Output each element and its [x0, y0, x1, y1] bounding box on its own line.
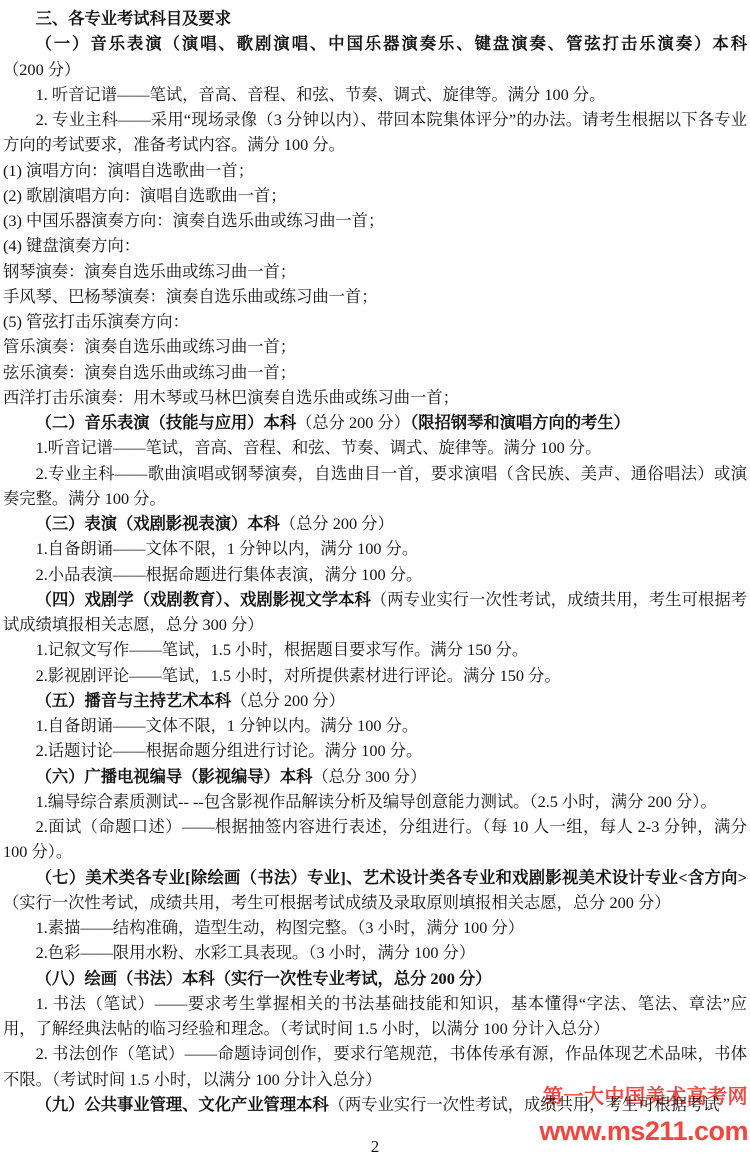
- paragraph: 1. 听音记谱——笔试，音高、音程、和弦、节奏、调式、旋律等。满分 100 分。: [3, 82, 747, 107]
- body-text: 弦乐演奏：演奏自选乐曲或练习曲一首；: [3, 363, 296, 382]
- paragraph: 西洋打击乐演奏：用木琴或马林巴演奏自选乐曲或练习曲一首；: [3, 385, 747, 410]
- document-body: 三、各专业考试科目及要求（一）音乐表演（演唱、歌剧演唱、中国乐器演奏乐、键盘演奏…: [3, 6, 747, 1117]
- body-text: 2.面试（命题口述）——根据抽签内容进行表述，分组进行。（每 10 人一组，每人…: [3, 817, 747, 861]
- paragraph: (3) 中国乐器演奏方向：演奏自选乐曲或练习曲一首；: [3, 208, 747, 233]
- paragraph: （七）美术类各专业[除绘画（书法）专业]、艺术设计类各专业和戏剧影视美术设计专业…: [3, 865, 747, 916]
- paragraph: 1.素描——结构准确，造型生动，构图完整。（3 小时，满分 100 分）: [3, 915, 747, 940]
- body-text: (4) 键盘演奏方向：: [3, 236, 140, 255]
- body-text: （总分 200 分）: [296, 413, 410, 432]
- paragraph: 1.记叙文写作——笔试，1.5 小时，根据题目要求写作。满分 150 分。: [3, 637, 747, 662]
- paragraph: 2.话题讨论——根据命题分组进行讨论。满分 100 分。: [3, 738, 747, 763]
- body-text: （实行一次性考试，成绩共用，考生可根据考试成绩及录取原则填报相关志愿，总分 20…: [3, 893, 671, 912]
- paragraph: 2.小品表演——根据命题进行集体表演，满分 100 分。: [3, 562, 747, 587]
- bold-text: （二）音乐表演（技能与应用）本科: [36, 413, 297, 432]
- body-text: 钢琴演奏：演奏自选乐曲或练习曲一首；: [3, 262, 296, 281]
- body-text: （总分 200 分）: [231, 691, 345, 710]
- body-text: 2.色彩——限用水粉、水彩工具表现。（3 小时，满分 100 分）: [36, 943, 476, 962]
- bold-text: （一）音乐表演（演唱、歌剧演唱、中国乐器演奏乐、键盘演奏、管弦打击乐演奏）本科: [36, 34, 747, 53]
- paragraph: （四）戏剧学（戏剧教育）、戏剧影视文学本科（两专业实行一次性考试，成绩共用，考生…: [3, 587, 747, 638]
- paragraph: （二）音乐表演（技能与应用）本科（总分 200 分）（限招钢琴和演唱方向的考生）: [3, 410, 747, 435]
- paragraph: (4) 键盘演奏方向：: [3, 233, 747, 258]
- paragraph: 2.影视剧评论——笔试，1.5 小时，对所提供素材进行评论。满分 150 分。: [3, 663, 747, 688]
- body-text: 1.自备朗诵——文体不限，1 分钟以内，满分 100 分。: [36, 539, 419, 558]
- bold-text: （四）戏剧学（戏剧教育）、戏剧影视文学本科: [36, 590, 371, 609]
- body-text: 西洋打击乐演奏：用木琴或马林巴演奏自选乐曲或练习曲一首；: [3, 388, 459, 407]
- paragraph: 1. 书法（笔试）——要求考生掌握相关的书法基础技能和知识，基本懂得“字法、笔法…: [3, 991, 747, 1042]
- paragraph: 弦乐演奏：演奏自选乐曲或练习曲一首；: [3, 360, 747, 385]
- bold-text: （八）绘画（书法）本科（实行一次性专业考试，总分 200 分）: [36, 969, 492, 988]
- paragraph: 三、各专业考试科目及要求: [3, 6, 747, 31]
- watermark-site-name: 第一大中国美术高考网: [539, 1087, 748, 1107]
- paragraph: 2. 书法创作（笔试）——命题诗词创作，要求行笔规范，书体传承有源，作品体现艺术…: [3, 1041, 747, 1092]
- paragraph: 1.听音记谱——笔试，音高、音程、和弦、节奏、调式、旋律等。满分 100 分。: [3, 435, 747, 460]
- paragraph: 手风琴、巴杨琴演奏：演奏自选乐曲或练习曲一首；: [3, 284, 747, 309]
- body-text: 1.记叙文写作——笔试，1.5 小时，根据题目要求写作。满分 150 分。: [36, 640, 529, 659]
- body-text: 1.听音记谱——笔试，音高、音程、和弦、节奏、调式、旋律等。满分 100 分。: [36, 438, 602, 457]
- paragraph: （五）播音与主持艺术本科（总分 200 分）: [3, 688, 747, 713]
- paragraph: 管乐演奏：演奏自选乐曲或练习曲一首；: [3, 334, 747, 359]
- body-text: （总分 300 分）: [312, 767, 426, 786]
- paragraph: 2.面试（命题口述）——根据抽签内容进行表述，分组进行。（每 10 人一组，每人…: [3, 814, 747, 865]
- paragraph: （三）表演（戏剧影视表演）本科（总分 200 分）: [3, 511, 747, 536]
- body-text: (5) 管弦打击乐演奏方向：: [3, 312, 189, 331]
- body-text: 2. 专业主科——采用“现场录像（3 分钟以内）、带回本院集体评分”的办法。请考…: [3, 110, 747, 154]
- paragraph: 1.编导综合素质测试-- --包含影视作品解读分析及编导创意能力测试。（2.5 …: [3, 789, 747, 814]
- body-text: 1.编导综合素质测试-- --包含影视作品解读分析及编导创意能力测试。（2.5 …: [36, 792, 717, 811]
- bold-text: （限招钢琴和演唱方向的考生）: [410, 413, 630, 432]
- body-text: 1. 听音记谱——笔试，音高、音程、和弦、节奏、调式、旋律等。满分 100 分。: [36, 85, 606, 104]
- paragraph: 2. 专业主科——采用“现场录像（3 分钟以内）、带回本院集体评分”的办法。请考…: [3, 107, 747, 158]
- body-text: 手风琴、巴杨琴演奏：演奏自选乐曲或练习曲一首；: [3, 287, 377, 306]
- body-text: 1.自备朗诵——文体不限，1 分钟以内。满分 100 分。: [36, 716, 419, 735]
- paragraph: （八）绘画（书法）本科（实行一次性专业考试，总分 200 分）: [3, 966, 747, 991]
- watermark: 第一大中国美术高考网 www.ms211.com: [539, 1087, 748, 1145]
- paragraph: 1.自备朗诵——文体不限，1 分钟以内，满分 100 分。: [3, 536, 747, 561]
- paragraph: 2.专业主科——歌曲演唱或钢琴演奏，自选曲目一首，要求演唱（含民族、美声、通俗唱…: [3, 461, 747, 512]
- paragraph: (5) 管弦打击乐演奏方向：: [3, 309, 747, 334]
- body-text: 2.小品表演——根据命题进行集体表演，满分 100 分。: [36, 565, 423, 584]
- paragraph: 2.色彩——限用水粉、水彩工具表现。（3 小时，满分 100 分）: [3, 940, 747, 965]
- body-text: 2.话题讨论——根据命题分组进行讨论。满分 100 分。: [36, 741, 423, 760]
- document-page: 三、各专业考试科目及要求（一）音乐表演（演唱、歌剧演唱、中国乐器演奏乐、键盘演奏…: [0, 0, 750, 1161]
- watermark-url: www.ms211.com: [539, 1118, 748, 1145]
- paragraph: 1.自备朗诵——文体不限，1 分钟以内。满分 100 分。: [3, 713, 747, 738]
- bold-text: （五）播音与主持艺术本科: [36, 691, 231, 710]
- body-text: (2) 歌剧演唱方向：演唱自选歌曲一首；: [3, 186, 287, 205]
- body-text: 2.影视剧评论——笔试，1.5 小时，对所提供素材进行评论。满分 150 分。: [36, 666, 561, 685]
- bold-text: （九）公共事业管理、文化产业管理本科: [36, 1095, 329, 1114]
- body-text: （200 分）: [3, 60, 80, 79]
- paragraph: (1) 演唱方向：演唱自选歌曲一首；: [3, 158, 747, 183]
- body-text: 2. 书法创作（笔试）——命题诗词创作，要求行笔规范，书体传承有源，作品体现艺术…: [3, 1044, 747, 1088]
- bold-text: 三、各专业考试科目及要求: [36, 9, 231, 28]
- paragraph: 钢琴演奏：演奏自选乐曲或练习曲一首；: [3, 259, 747, 284]
- paragraph: （六）广播电视编导（影视编导）本科（总分 300 分）: [3, 764, 747, 789]
- body-text: (1) 演唱方向：演唱自选歌曲一首；: [3, 161, 254, 180]
- bold-text: （三）表演（戏剧影视表演）本科: [36, 514, 280, 533]
- bold-text: （七）美术类各专业[除绘画（书法）专业]、艺术设计类各专业和戏剧影视美术设计专业…: [36, 868, 747, 887]
- paragraph: (2) 歌剧演唱方向：演唱自选歌曲一首；: [3, 183, 747, 208]
- body-text: 管乐演奏：演奏自选乐曲或练习曲一首；: [3, 337, 296, 356]
- body-text: 1. 书法（笔试）——要求考生掌握相关的书法基础技能和知识，基本懂得“字法、笔法…: [3, 994, 747, 1038]
- body-text: 2.专业主科——歌曲演唱或钢琴演奏，自选曲目一首，要求演唱（含民族、美声、通俗唱…: [3, 464, 747, 508]
- body-text: （总分 200 分）: [280, 514, 394, 533]
- body-text: 1.素描——结构准确，造型生动，构图完整。（3 小时，满分 100 分）: [36, 918, 524, 937]
- bold-text: （六）广播电视编导（影视编导）本科: [36, 767, 313, 786]
- paragraph: （一）音乐表演（演唱、歌剧演唱、中国乐器演奏乐、键盘演奏、管弦打击乐演奏）本科（…: [3, 31, 747, 82]
- body-text: (3) 中国乐器演奏方向：演奏自选乐曲或练习曲一首；: [3, 211, 384, 230]
